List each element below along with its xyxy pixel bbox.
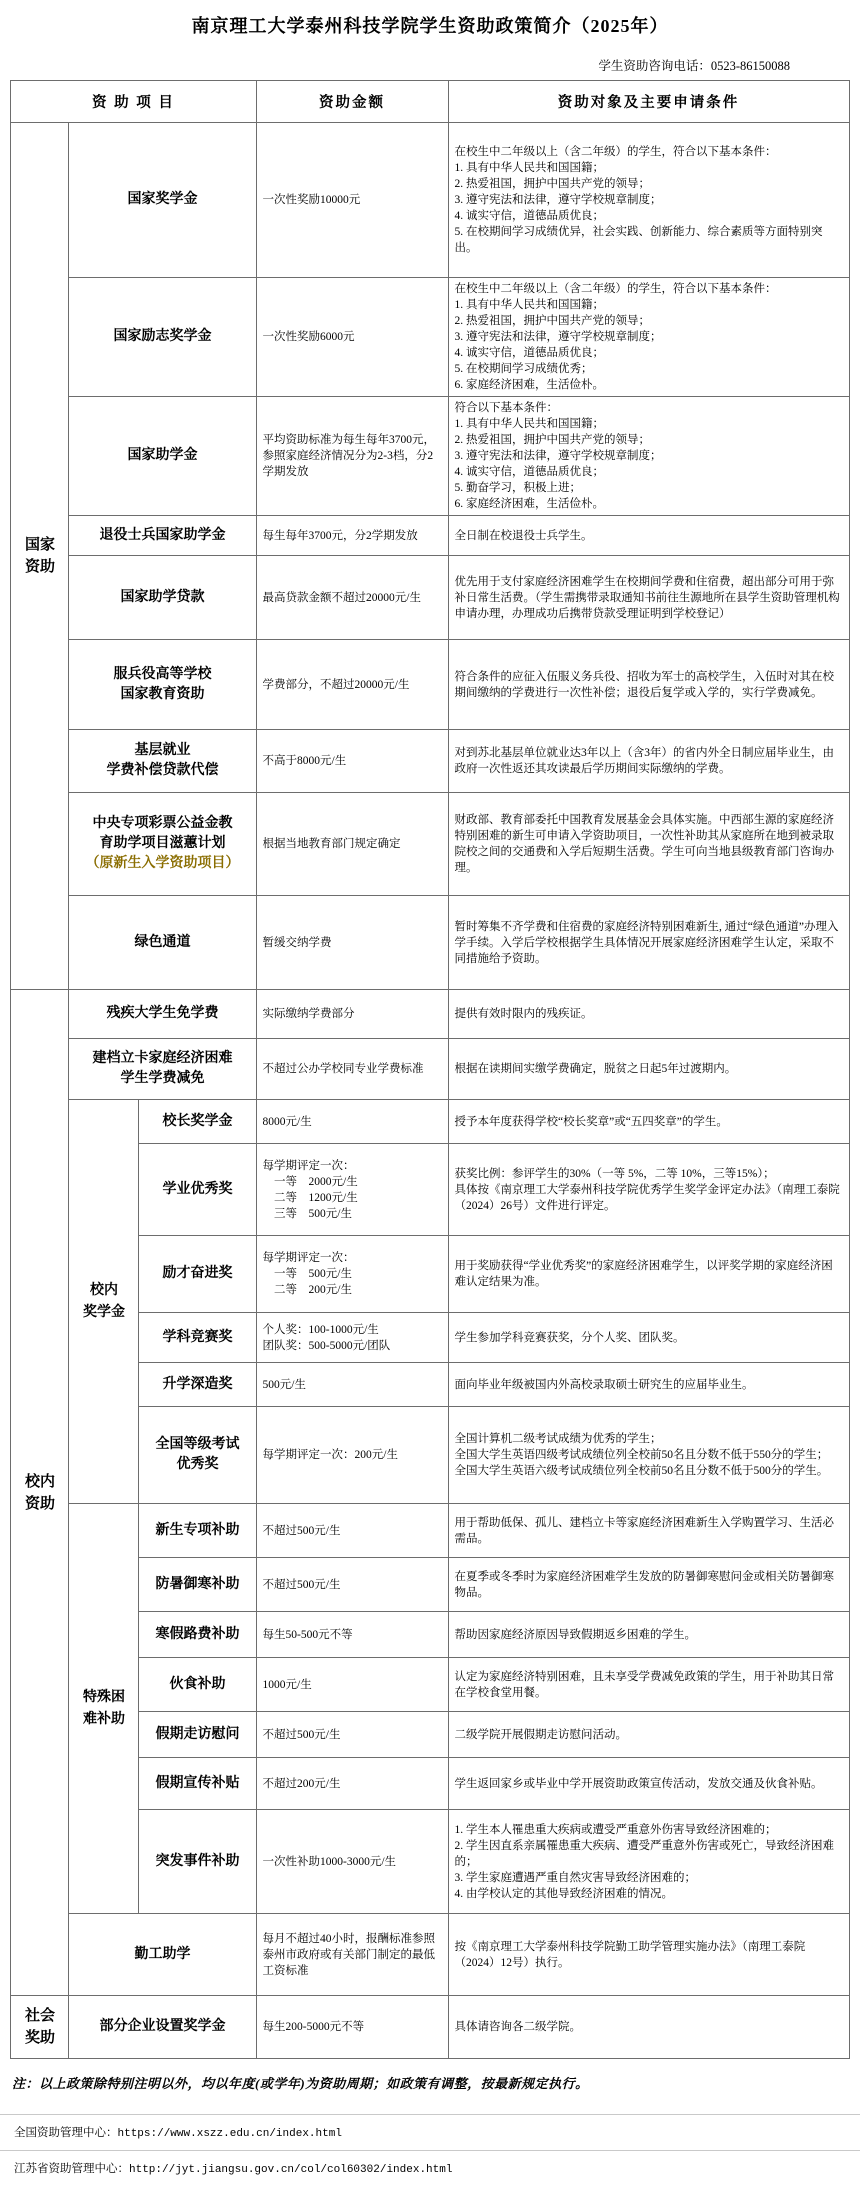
conditions-cell: 授予本年度获得学校“校长奖章”或“五四奖章”的学生。 [448, 1100, 849, 1144]
amount-cell: 不超过500元/生 [256, 1558, 448, 1612]
table-header: 资 助 项 目 资助金额 资助对象及主要申请条件 [11, 81, 849, 123]
table-row: 特殊困难补助新生专项补助不超过500元/生用于帮助低保、孤儿、建档立卡等家庭经济… [11, 1504, 849, 1558]
footer-link-jiangsu-label: 江苏省资助管理中心： [14, 2163, 129, 2175]
conditions-cell: 1. 学生本人罹患重大疾病或遭受严重意外伤害导致经济困难的；2. 学生因直系亲属… [448, 1810, 849, 1914]
item-cell: 国家助学金 [69, 397, 256, 516]
amount-cell: 8000元/生 [256, 1100, 448, 1144]
table-row: 校内资助残疾大学生免学费实际缴纳学费部分提供有效时限内的残疾证。 [11, 990, 849, 1039]
amount-cell: 平均资助标准为每生每年3700元，参照家庭经济情况分为2-3档，分2学期发放 [256, 397, 448, 516]
item-cell: 中央专项彩票公益金教育助学项目滋蕙计划（原新生入学资助项目） [69, 793, 256, 896]
table-row: 绿色通道暂缓交纳学费暂时筹集不齐学费和住宿费的家庭经济特别困难新生, 通过“绿色… [11, 896, 849, 990]
footer-link-national-label: 全国资助管理中心： [14, 2127, 118, 2139]
conditions-cell: 学生参加学科竞赛获奖，分个人奖、团队奖。 [448, 1313, 849, 1363]
amount-cell: 每生每年3700元，分2学期发放 [256, 516, 448, 556]
conditions-cell: 全日制在校退役士兵学生。 [448, 516, 849, 556]
amount-cell: 不超过500元/生 [256, 1504, 448, 1558]
item-cell: 突发事件补助 [139, 1810, 256, 1914]
conditions-cell: 获奖比例：参评学生的30%（一等 5%，二等 10%，三等15%）；具体按《南京… [448, 1144, 849, 1236]
page: 南京理工大学泰州科技学院学生资助政策简介（2025年） 学生资助咨询电话：052… [0, 0, 860, 2186]
amount-cell: 每学期评定一次：200元/生 [256, 1407, 448, 1504]
conditions-cell: 根据在读期间实缴学费确定，脱贫之日起5年过渡期内。 [448, 1039, 849, 1100]
amount-cell: 个人奖：100-1000元/生团队奖：500-5000元/团队 [256, 1313, 448, 1363]
group-cell: 校内资助 [11, 990, 69, 1996]
conditions-cell: 全国计算机二级考试成绩为优秀的学生；全国大学生英语四级考试成绩位列全校前50名且… [448, 1407, 849, 1504]
table-row: 建档立卡家庭经济困难学生学费减免不超过公办学校同专业学费标准根据在读期间实缴学费… [11, 1039, 849, 1100]
conditions-cell: 在校生中二年级以上（含二年级）的学生，符合以下基本条件：1. 具有中华人民共和国… [448, 278, 849, 397]
item-cell: 假期宣传补贴 [139, 1758, 256, 1810]
footer: 全国资助管理中心：https://www.xszz.edu.cn/index.h… [0, 2114, 860, 2186]
footer-link-jiangsu: 江苏省资助管理中心：http://jyt.jiangsu.gov.cn/col/… [0, 2150, 860, 2186]
amount-cell: 根据当地教育部门规定确定 [256, 793, 448, 896]
conditions-cell: 用于帮助低保、孤儿、建档立卡等家庭经济困难新生入学购置学习、生活必需品。 [448, 1504, 849, 1558]
table-row: 国家资助国家奖学金一次性奖励10000元在校生中二年级以上（含二年级）的学生，符… [11, 123, 849, 278]
conditions-cell: 符合条件的应征入伍服义务兵役、招收为军士的高校学生，入伍时对其在校期间缴纳的学费… [448, 640, 849, 730]
item-cell: 新生专项补助 [139, 1504, 256, 1558]
conditions-cell: 提供有效时限内的残疾证。 [448, 990, 849, 1039]
item-cell: 国家奖学金 [69, 123, 256, 278]
item-cell: 残疾大学生免学费 [69, 990, 256, 1039]
table-row: 校内奖学金校长奖学金8000元/生授予本年度获得学校“校长奖章”或“五四奖章”的… [11, 1100, 849, 1144]
conditions-cell: 优先用于支付家庭经济困难学生在校期间学费和住宿费，超出部分可用于弥补日常生活费。… [448, 556, 849, 640]
table-row: 社会奖助部分企业设置奖学金每生200-5000元不等具体请咨询各二级学院。 [11, 1996, 849, 2059]
item-cell: 绿色通道 [69, 896, 256, 990]
item-cell: 伙食补助 [139, 1658, 256, 1712]
amount-cell: 最高贷款金额不超过20000元/生 [256, 556, 448, 640]
subgroup-cell: 校内奖学金 [69, 1100, 139, 1504]
item-cell: 部分企业设置奖学金 [69, 1996, 256, 2059]
table-row: 勤工助学每月不超过40小时，报酬标准参照泰州市政府或有关部门制定的最低工资标准按… [11, 1914, 849, 1996]
conditions-cell: 在夏季或冬季时为家庭经济困难学生发放的防暑御寒慰问金或相关防暑御寒物品。 [448, 1558, 849, 1612]
table-row: 退役士兵国家助学金每生每年3700元，分2学期发放全日制在校退役士兵学生。 [11, 516, 849, 556]
conditions-cell: 面向毕业年级被国内外高校录取硕士研究生的应届毕业生。 [448, 1363, 849, 1407]
conditions-cell: 财政部、教育部委托中国教育发展基金会具体实施。中西部生源的家庭经济特别困难的新生… [448, 793, 849, 896]
table-row: 国家助学贷款最高贷款金额不超过20000元/生优先用于支付家庭经济困难学生在校期… [11, 556, 849, 640]
amount-cell: 每生200-5000元不等 [256, 1996, 448, 2059]
item-cell: 防暑御寒补助 [139, 1558, 256, 1612]
conditions-cell: 符合以下基本条件：1. 具有中华人民共和国国籍；2. 热爱祖国，拥护中国共产党的… [448, 397, 849, 516]
amount-cell: 不超过公办学校同专业学费标准 [256, 1039, 448, 1100]
item-cell: 假期走访慰问 [139, 1712, 256, 1758]
header-project: 资 助 项 目 [11, 81, 256, 123]
header-conditions: 资助对象及主要申请条件 [448, 81, 849, 123]
item-cell: 校长奖学金 [139, 1100, 256, 1144]
amount-cell: 一次性奖励10000元 [256, 123, 448, 278]
table-row: 国家励志奖学金一次性奖励6000元在校生中二年级以上（含二年级）的学生，符合以下… [11, 278, 849, 397]
group-cell: 国家资助 [11, 123, 69, 990]
item-cell: 建档立卡家庭经济困难学生学费减免 [69, 1039, 256, 1100]
item-cell: 全国等级考试优秀奖 [139, 1407, 256, 1504]
conditions-cell: 具体请咨询各二级学院。 [448, 1996, 849, 2059]
policy-table-body: 国家资助国家奖学金一次性奖励10000元在校生中二年级以上（含二年级）的学生，符… [11, 123, 849, 2059]
amount-cell: 学费部分，不超过20000元/生 [256, 640, 448, 730]
policy-table: 资 助 项 目 资助金额 资助对象及主要申请条件 国家资助国家奖学金一次性奖励1… [10, 80, 849, 2059]
amount-cell: 暂缓交纳学费 [256, 896, 448, 990]
conditions-cell: 对到苏北基层单位就业达3年以上（含3年）的省内外全日制应届毕业生，由政府一次性返… [448, 730, 849, 793]
amount-cell: 一次性补助1000-3000元/生 [256, 1810, 448, 1914]
amount-cell: 不超过500元/生 [256, 1712, 448, 1758]
amount-cell: 每学期评定一次： 一等 2000元/生 二等 1200元/生 三等 500元/生 [256, 1144, 448, 1236]
amount-cell: 实际缴纳学费部分 [256, 990, 448, 1039]
amount-cell: 每月不超过40小时，报酬标准参照泰州市政府或有关部门制定的最低工资标准 [256, 1914, 448, 1996]
footer-link-national: 全国资助管理中心：https://www.xszz.edu.cn/index.h… [0, 2114, 860, 2150]
item-cell: 国家助学贷款 [69, 556, 256, 640]
item-cell: 升学深造奖 [139, 1363, 256, 1407]
conditions-cell: 二级学院开展假期走访慰问活动。 [448, 1712, 849, 1758]
table-row: 中央专项彩票公益金教育助学项目滋蕙计划（原新生入学资助项目）根据当地教育部门规定… [11, 793, 849, 896]
footer-link-jiangsu-url[interactable]: http://jyt.jiangsu.gov.cn/col/col60302/i… [129, 2164, 452, 2176]
item-cell: 寒假路费补助 [139, 1612, 256, 1658]
conditions-cell: 帮助因家庭经济原因导致假期返乡困难的学生。 [448, 1612, 849, 1658]
item-cell: 励才奋进奖 [139, 1236, 256, 1313]
item-cell: 服兵役高等学校国家教育资助 [69, 640, 256, 730]
item-note: （原新生入学资助项目） [85, 856, 239, 871]
subgroup-cell: 特殊困难补助 [69, 1504, 139, 1914]
amount-cell: 1000元/生 [256, 1658, 448, 1712]
item-cell: 学业优秀奖 [139, 1144, 256, 1236]
conditions-cell: 按《南京理工大学泰州科技学院勤工助学管理实施办法》（南理工泰院（2024）12号… [448, 1914, 849, 1996]
item-cell: 国家励志奖学金 [69, 278, 256, 397]
item-cell: 学科竞赛奖 [139, 1313, 256, 1363]
group-cell: 社会奖助 [11, 1996, 69, 2059]
header-row: 资 助 项 目 资助金额 资助对象及主要申请条件 [11, 81, 849, 123]
table-row: 基层就业学费补偿贷款代偿不高于8000元/生对到苏北基层单位就业达3年以上（含3… [11, 730, 849, 793]
amount-cell: 不高于8000元/生 [256, 730, 448, 793]
header-amount: 资助金额 [256, 81, 448, 123]
conditions-cell: 学生返回家乡或毕业中学开展资助政策宣传活动，发放交通及伙食补贴。 [448, 1758, 849, 1810]
item-cell: 退役士兵国家助学金 [69, 516, 256, 556]
conditions-cell: 暂时筹集不齐学费和住宿费的家庭经济特别困难新生, 通过“绿色通道”办理入学手续。… [448, 896, 849, 990]
amount-cell: 不超过200元/生 [256, 1758, 448, 1810]
amount-cell: 一次性奖励6000元 [256, 278, 448, 397]
conditions-cell: 在校生中二年级以上（含二年级）的学生，符合以下基本条件：1. 具有中华人民共和国… [448, 123, 849, 278]
page-title: 南京理工大学泰州科技学院学生资助政策简介（2025年） [0, 12, 860, 38]
conditions-cell: 用于奖励获得“学业优秀奖”的家庭经济困难学生，以评奖学期的家庭经济困难认定结果为… [448, 1236, 849, 1313]
item-cell: 勤工助学 [69, 1914, 256, 1996]
amount-cell: 500元/生 [256, 1363, 448, 1407]
amount-cell: 每学期评定一次： 一等 500元/生 二等 200元/生 [256, 1236, 448, 1313]
amount-cell: 每生50-500元不等 [256, 1612, 448, 1658]
contact-phone: 学生资助咨询电话：0523-86150088 [0, 56, 860, 74]
item-cell: 基层就业学费补偿贷款代偿 [69, 730, 256, 793]
conditions-cell: 认定为家庭经济特别困难，且未享受学费减免政策的学生，用于补助其日常在学校食堂用餐… [448, 1658, 849, 1712]
footer-link-national-url[interactable]: https://www.xszz.edu.cn/index.html [118, 2128, 342, 2140]
footnote: 注：以上政策除特别注明以外，均以年度(或学年)为资助周期；如政策有调整，按最新规… [12, 2073, 860, 2092]
table-row: 国家助学金平均资助标准为每生每年3700元，参照家庭经济情况分为2-3档，分2学… [11, 397, 849, 516]
table-row: 服兵役高等学校国家教育资助学费部分，不超过20000元/生符合条件的应征入伍服义… [11, 640, 849, 730]
